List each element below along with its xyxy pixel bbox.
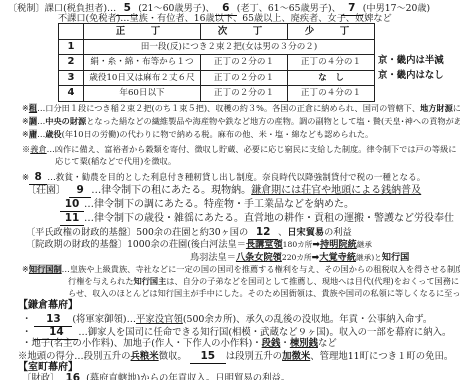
term-gisou: 義倉	[30, 144, 46, 154]
blank-11: 11	[60, 212, 84, 226]
kamakura-jito: ※地頭の得分…段別五升の兵粮米徴収。 15は段別五升の加徴米、管理地11町につき…	[18, 350, 453, 364]
table-header-cell: 少 丁	[288, 24, 375, 40]
table-row: 4 年60日以下 正丁の２分の１ 正丁の４分の１	[59, 86, 375, 102]
arrow-icon: ➡	[312, 239, 320, 250]
shoen-row-10: 10…律令制下の調にあたる。特産物・手工業品などを納めた。	[60, 198, 354, 212]
term-chigyokoku: 知行国制	[29, 264, 62, 274]
blank-9: 9	[69, 184, 91, 198]
table-header-cell: 正 丁	[84, 24, 201, 40]
shoen-label: 〔荘園〕	[26, 185, 66, 196]
blank-12: 12	[248, 226, 278, 240]
table-row: 3 歳役10日又は麻布２丈６尺 正丁の２分の１ な し	[59, 70, 375, 86]
term-daikakuji: 大覚寺統	[319, 252, 356, 263]
term-jimyoin: 持明院統	[320, 239, 357, 250]
table-row: 2 絹・糸・綿・布等から１つ 正丁の２分の１ 正丁の４分の１	[59, 55, 375, 71]
kamakura-row-13: ・ 13(将軍家御領)…平家没官領(500余カ所)、承久の乱後の没収地。年貢・公…	[22, 313, 432, 327]
term-chigyo: 知行国	[382, 252, 410, 263]
term-chokodo: 長講堂領	[246, 239, 283, 250]
shoen-row-9: 〔荘園〕 9…律令制下の租にあたる。現物納。鎌倉期には荘官や地頭による銭納普及	[26, 184, 421, 198]
note-suiko: ※8…救貧・勧農を目的とした利息付き種籾貸し出し制度。奈良時代以降強制貸付で税の…	[22, 171, 425, 185]
chigyokoku-line-1: ※知行国制…皇族や上級貴族、寺社などに一定の国の国司を推薦する権利を与え、その国…	[22, 265, 460, 275]
taira-line: 〔平氏政権の財政的基盤〕500余の荘園と約30ヶ国の12、日宋貿易の利益	[26, 226, 352, 240]
table-header-row: 正 丁 次 丁 少 丁	[59, 24, 375, 40]
note-yo: ※庸…歳役(年10日の労働)の代わりに物で納める税。麻布の他、米・塩・綿なども認…	[22, 130, 373, 140]
term-cho: 調	[29, 116, 37, 126]
table-header-cell: 次 丁	[201, 24, 288, 40]
blank-13: 13	[34, 313, 72, 327]
table-header-cell	[59, 24, 84, 40]
note-gisou-cont: 応じて粟(稲などで代用)を徴収。	[55, 157, 176, 167]
shoen-row-11: 11…律令制下の歳役・雑徭にあたる。直営地の耕作・貢租の運搬・警護など労役奉仕	[60, 212, 454, 226]
kamakura-row-jishi: ・地子(名主の小作料)、加地子(作人・下作人の小作料)・段銭・棟別銭など	[22, 338, 337, 349]
side-note-half: 京・畿内は半減	[378, 55, 444, 66]
table-row: 1 田一段(反)につき２束２把(女は男の３分の２)	[59, 39, 375, 55]
term-so: 租	[29, 103, 37, 113]
tax-table: 正 丁 次 丁 少 丁 1 田一段(反)につき２束２把(女は男の３分の２) 2 …	[58, 23, 375, 102]
blank-15: 15	[190, 350, 226, 364]
insei-line-1: 〔院政期の財政的基盤〕1000余の荘園(後白河法皇＝長講堂領180カ所➡持明院統…	[26, 239, 372, 250]
chigyokoku-line-3: らせ、収入のほとんどは知行国主が手中にした。そのため国衙領は、貴族や国司の私領に…	[68, 289, 460, 299]
blank-8: 8	[29, 171, 47, 185]
note-so: ※租…口分田１段につき稲２束２把(のち１束５把)、収穫の約３%。各国の正倉に納め…	[22, 104, 460, 114]
term-hachijo: 八条女院領	[236, 252, 282, 263]
term-yo: 庸	[29, 129, 37, 139]
muromachi-finance: 〔財政〕 16 (幕府直轄地)からの年貢収入。日明貿易の利益。	[22, 372, 290, 380]
kamakura-heading: 【鎌倉幕府】	[18, 300, 78, 312]
note-cho: ※調…中央の財源となった絹などの繊維製品や海産物や鉄など地方の産物。調の副物とし…	[22, 117, 460, 127]
note-gisou: ※義倉…凶作に備え、富裕者から穀類を寄付、徴収し貯蔵、必要に応じ窮民に支給した制…	[22, 145, 456, 155]
side-note-none: 京・畿内はなし	[378, 70, 444, 81]
insei-line-2: 鳥羽法皇＝八条女院領220カ所➡大覚寺統継承)と知行国	[190, 252, 409, 263]
blank-16: 16	[65, 372, 80, 380]
chigyokoku-line-2: 行権を与えられた知行国主は、自分の子弟などを国司として推薦し、現地へは目代(代理…	[68, 277, 460, 287]
blank-10: 10	[60, 198, 84, 212]
tax-system-label: 〔税制〕	[8, 3, 45, 14]
